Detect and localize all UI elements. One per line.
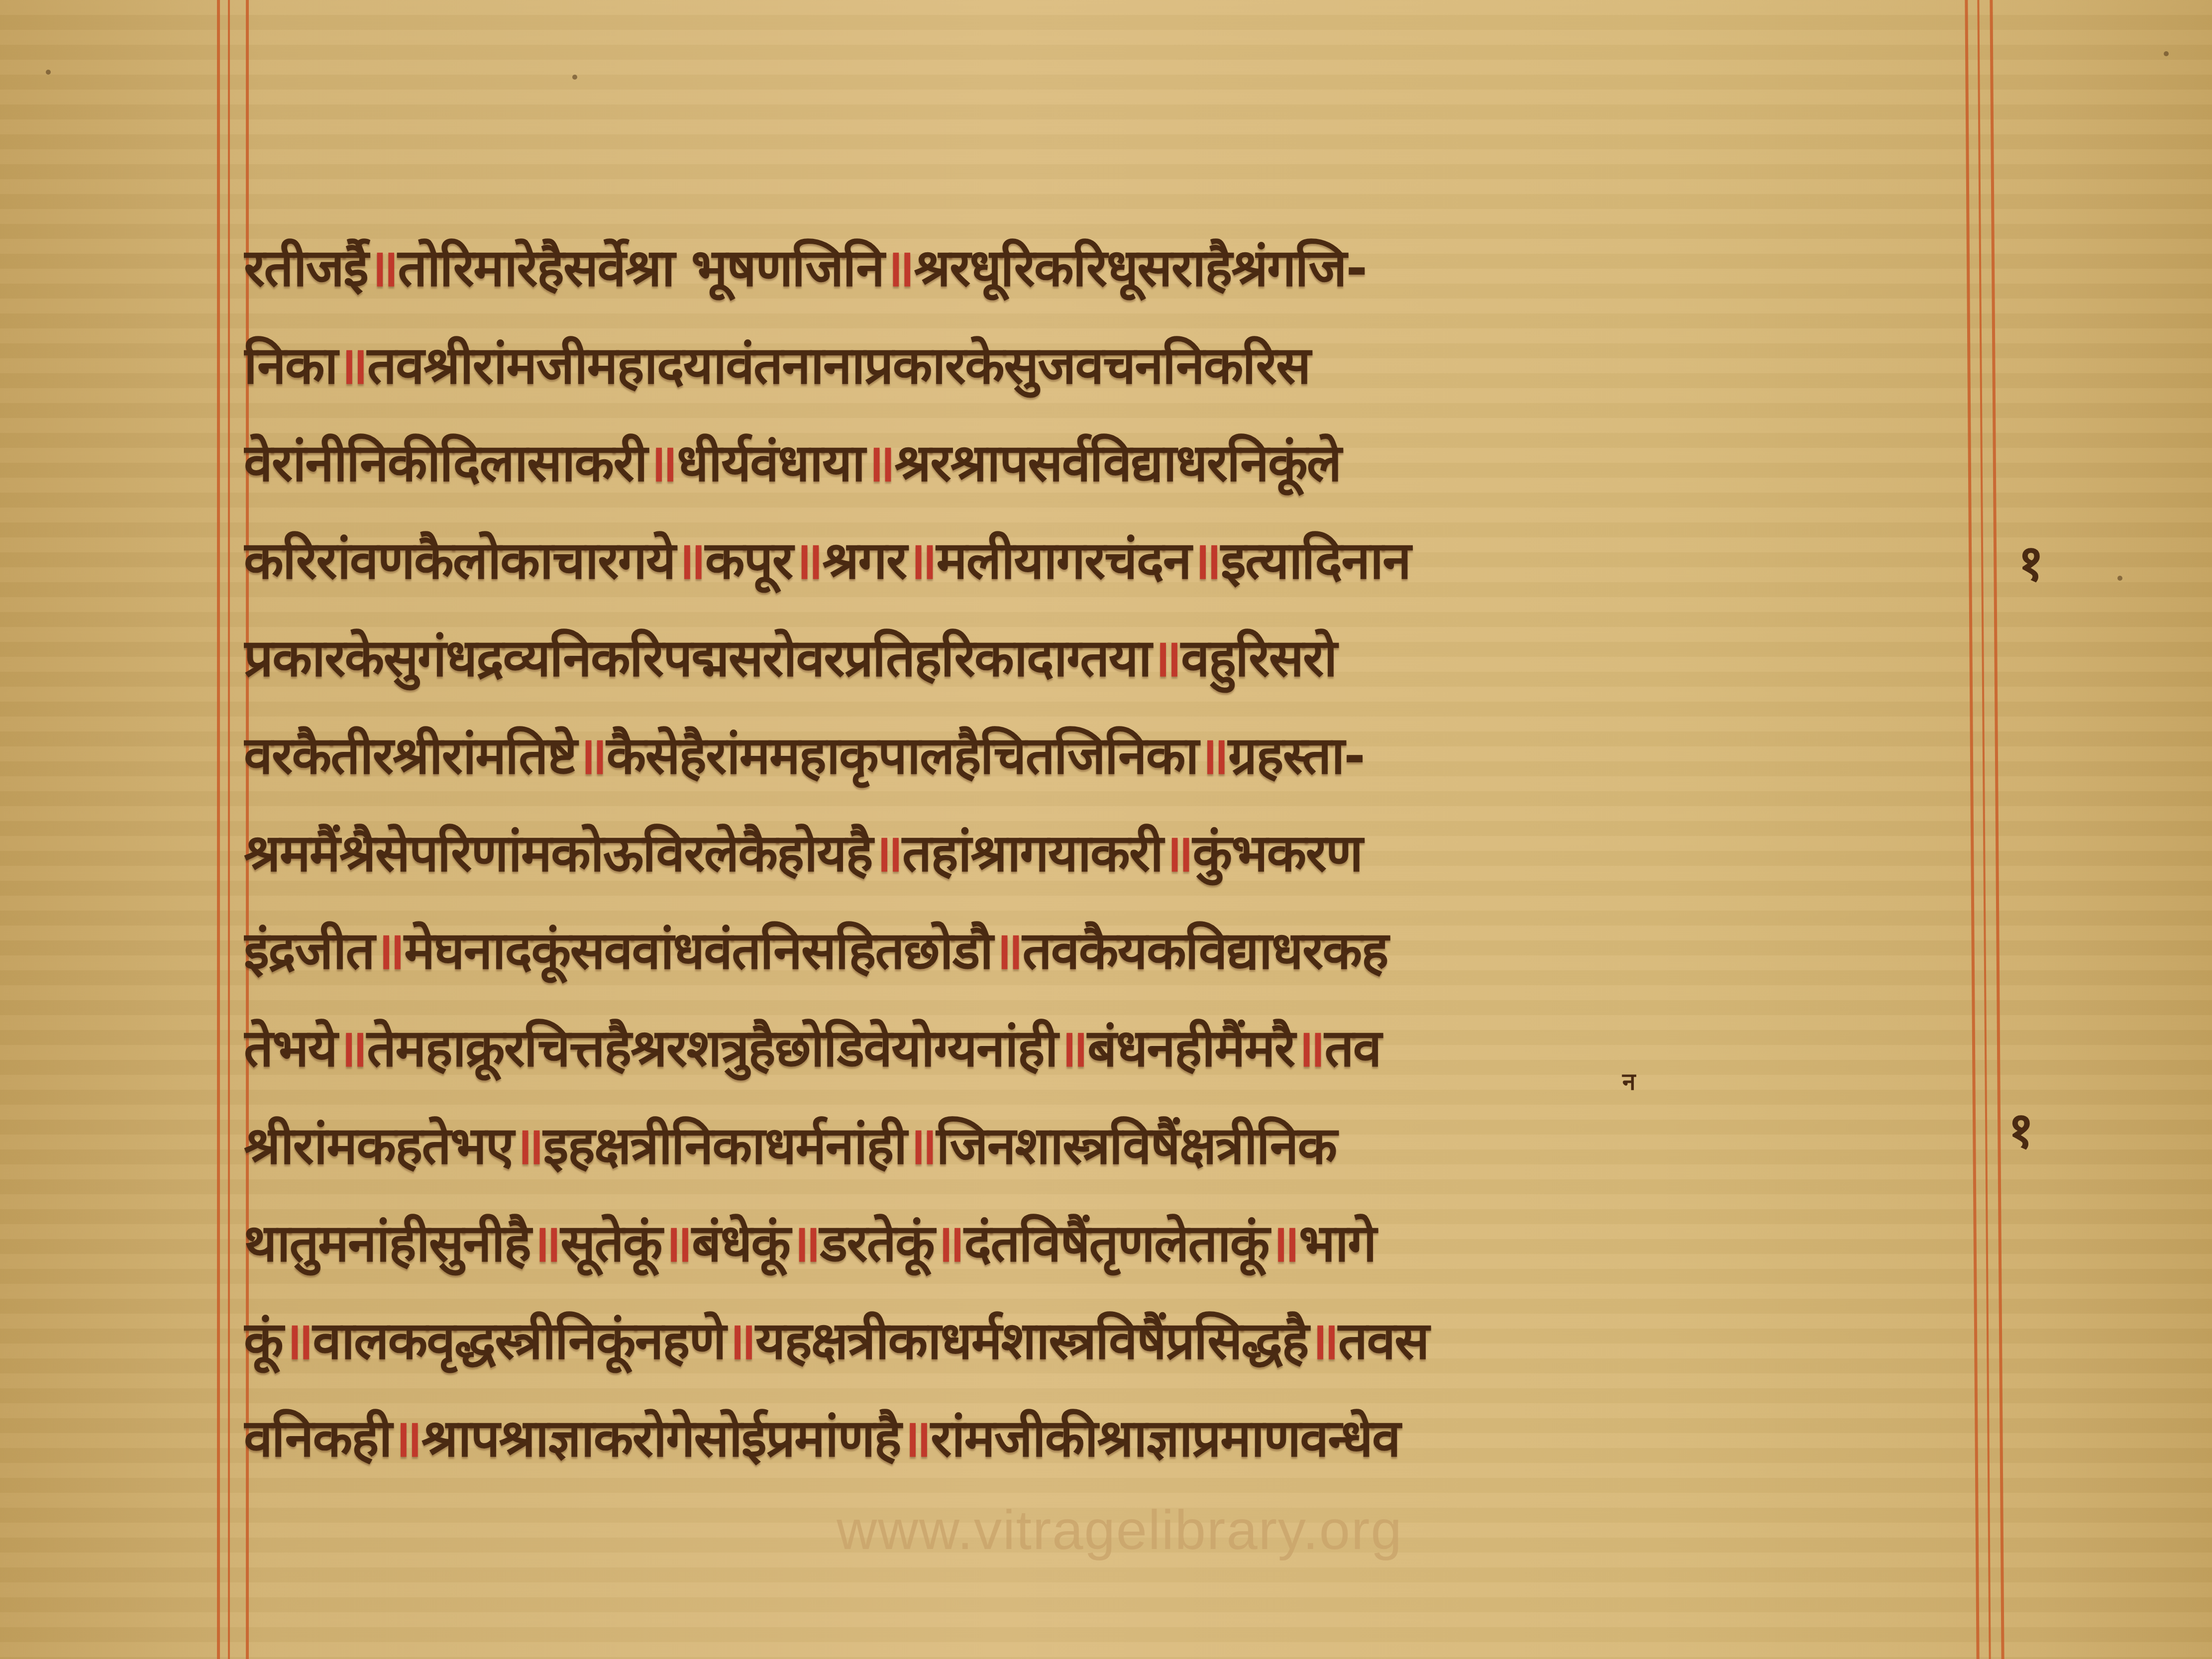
danda-mark: ॥	[1294, 1018, 1324, 1078]
danda-mark: ॥	[576, 725, 606, 786]
danda-mark: ॥	[530, 1213, 560, 1273]
margin-mark: १	[2008, 1095, 2034, 1162]
danda-mark: ॥	[337, 1018, 367, 1078]
text-line: वेरांनीनिकीदिलासाकरी॥धीर्यवंधाया॥श्ररश्र…	[244, 414, 1971, 512]
danda-mark: ॥	[906, 530, 936, 591]
danda-mark: ॥	[790, 1213, 820, 1273]
danda-mark: ॥	[726, 1310, 755, 1371]
danda-mark: ॥	[1198, 725, 1228, 786]
text-line: वरकैतीरश्रीरांमतिष्टे॥कैसेहैरांममहाकृपाल…	[244, 707, 1971, 804]
text-line: निका॥तवश्रीरांमजीमहादयावंतनानाप्रकारकेसु…	[244, 316, 1971, 414]
text-line: करिरांवणकैलोकाचारगये॥कपूर॥श्रगर॥मलीयागरच…	[244, 512, 1971, 609]
danda-mark: ॥	[864, 432, 894, 493]
danda-mark: ॥	[792, 530, 822, 591]
text-line: प्रकारकेसुगंधद्रव्यनिकरिपद्मसरोवरप्रतिहर…	[244, 609, 1971, 707]
danda-mark: ॥	[934, 1213, 964, 1273]
danda-mark: ॥	[368, 237, 398, 298]
left-border-rule	[228, 0, 230, 1659]
danda-mark: ॥	[513, 1115, 543, 1176]
text-line: कूं॥वालकवृद्धस्त्रीनिकूंनहणे॥यहक्षत्रीका…	[244, 1292, 1971, 1389]
danda-mark: ॥	[1308, 1310, 1338, 1371]
danda-mark: ॥	[337, 335, 367, 396]
danda-mark: ॥	[392, 1408, 421, 1468]
text-line: थातुमनांहीसुनीहै॥सूतेकूं॥बंधेकूं॥डरतेकूं…	[244, 1194, 1971, 1292]
danda-mark: ॥	[1191, 530, 1221, 591]
text-line: श्रममैंश्रैसेपरिणांमकोऊविरलेकैहोयहै॥तहां…	[244, 804, 1971, 902]
watermark: www.vitragelibrary.org	[771, 1498, 1468, 1562]
danda-mark: ॥	[901, 1408, 931, 1468]
danda-mark: ॥	[662, 1213, 692, 1273]
left-border-rule	[217, 0, 220, 1659]
text-line: वनिकही॥श्रापश्राज्ञाकरोगेसोईप्रमांणहै॥रा…	[244, 1389, 1971, 1487]
manuscript-text: रतीजईै॥तोरिमारेहैसर्वेश्रा भूषणजिनि॥श्रर…	[244, 219, 1971, 1487]
margin-mark: १	[2018, 527, 2044, 595]
paper-speck	[2117, 576, 2122, 581]
danda-mark: ॥	[992, 920, 1022, 981]
danda-mark: ॥	[906, 1115, 936, 1176]
danda-mark: ॥	[675, 530, 705, 591]
text-line: तेभये॥तेमहाक्रूरचित्तहैश्ररशत्रुहैछोडिवे…	[244, 999, 1971, 1097]
danda-mark: ॥	[283, 1310, 313, 1371]
paper-speck	[46, 70, 51, 75]
danda-mark: ॥	[1057, 1018, 1087, 1078]
right-border-rule	[1990, 0, 2004, 1659]
danda-mark: ॥	[1151, 627, 1181, 688]
danda-mark: ॥	[884, 237, 914, 298]
right-border-rule	[1977, 0, 1991, 1659]
danda-mark: ॥	[374, 920, 404, 981]
danda-mark: ॥	[1162, 823, 1192, 883]
danda-mark: ॥	[872, 823, 902, 883]
manuscript-page: रतीजईै॥तोरिमारेहैसर्वेश्रा भूषणजिनि॥श्रर…	[0, 0, 2212, 1659]
text-line: श्रीरांमकहतेभए॥इहक्षत्रीनिकाधर्मनांही॥जि…	[244, 1097, 1971, 1194]
interlinear-correction: न	[1622, 1065, 1636, 1097]
paper-speck	[2164, 51, 2169, 56]
text-line: इंद्रजीत॥मेघनादकूंसववांधवंतनिसहितछोडौ॥तव…	[244, 902, 1971, 999]
paper-speck	[572, 75, 577, 80]
danda-mark: ॥	[647, 432, 677, 493]
danda-mark: ॥	[1269, 1213, 1299, 1273]
text-line: रतीजईै॥तोरिमारेहैसर्वेश्रा भूषणजिनि॥श्रर…	[244, 219, 1971, 316]
